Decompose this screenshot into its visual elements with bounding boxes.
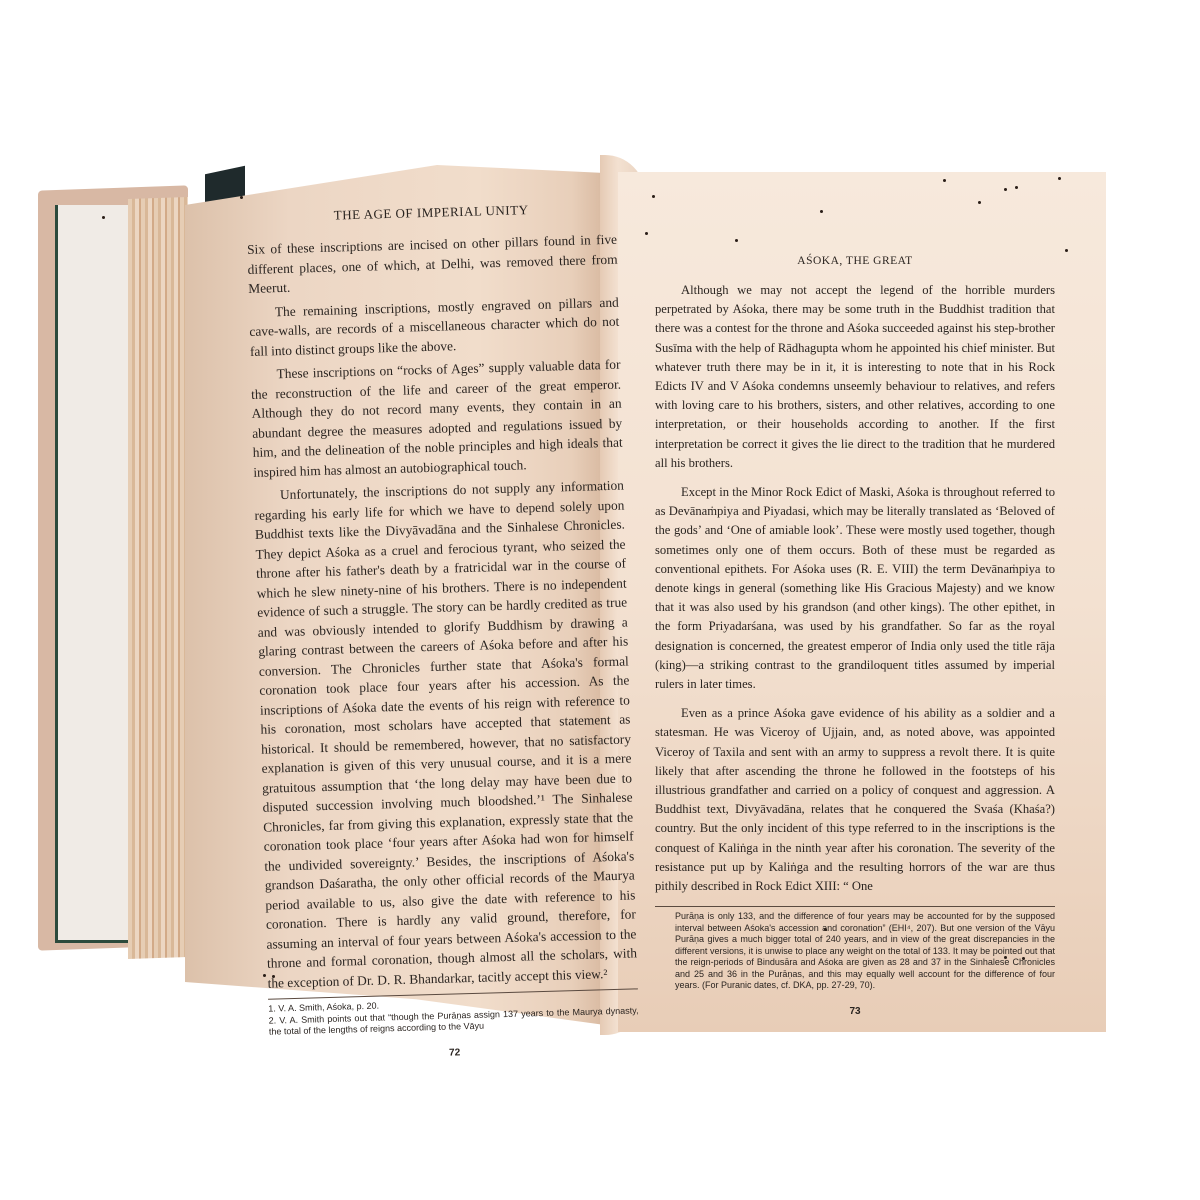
paragraph: Although we may not accept the legend of…	[655, 281, 1055, 473]
paper-speck	[272, 975, 275, 978]
endpaper	[55, 205, 133, 943]
footnote: Purāṇa is only 133, and the difference o…	[655, 911, 1055, 992]
footnote-rule	[655, 906, 1055, 907]
paper-speck	[263, 974, 266, 977]
paper-speck	[735, 239, 738, 242]
paper-speck	[820, 210, 823, 213]
paper-speck	[824, 928, 827, 931]
paper-speck	[1022, 957, 1025, 960]
paragraph: Even as a prince Aśoka gave evidence of …	[655, 704, 1055, 896]
paragraph: Except in the Minor Rock Edict of Maski,…	[655, 483, 1055, 694]
paper-speck	[1004, 188, 1007, 191]
paper-speck	[240, 196, 243, 199]
left-page: THE AGE OF IMPERIAL UNITY Six of these i…	[246, 200, 640, 1063]
paper-speck	[1015, 186, 1018, 189]
paper-speck	[652, 195, 655, 198]
paragraph: The remaining inscriptions, mostly engra…	[249, 292, 620, 361]
page-edges	[128, 197, 188, 959]
paper-speck	[978, 201, 981, 204]
open-book-photo: THE AGE OF IMPERIAL UNITY Six of these i…	[0, 0, 1200, 1200]
paragraph: These inscriptions on “rocks of Ages” su…	[250, 355, 623, 482]
paper-speck	[1065, 249, 1068, 252]
page-number: 73	[655, 1006, 1055, 1017]
paper-speck	[102, 216, 105, 219]
paper-speck	[1004, 956, 1007, 959]
paragraph: Six of these inscriptions are incised on…	[247, 230, 618, 299]
paper-speck	[943, 179, 946, 182]
paper-speck	[1058, 177, 1061, 180]
right-running-head: AŚOKA, THE GREAT	[655, 255, 1055, 267]
right-page: AŚOKA, THE GREAT Although we may not acc…	[655, 255, 1055, 1017]
page-number: 72	[270, 1042, 640, 1063]
paragraph: Unfortunately, the inscriptions do not s…	[254, 476, 638, 993]
paper-speck	[645, 232, 648, 235]
